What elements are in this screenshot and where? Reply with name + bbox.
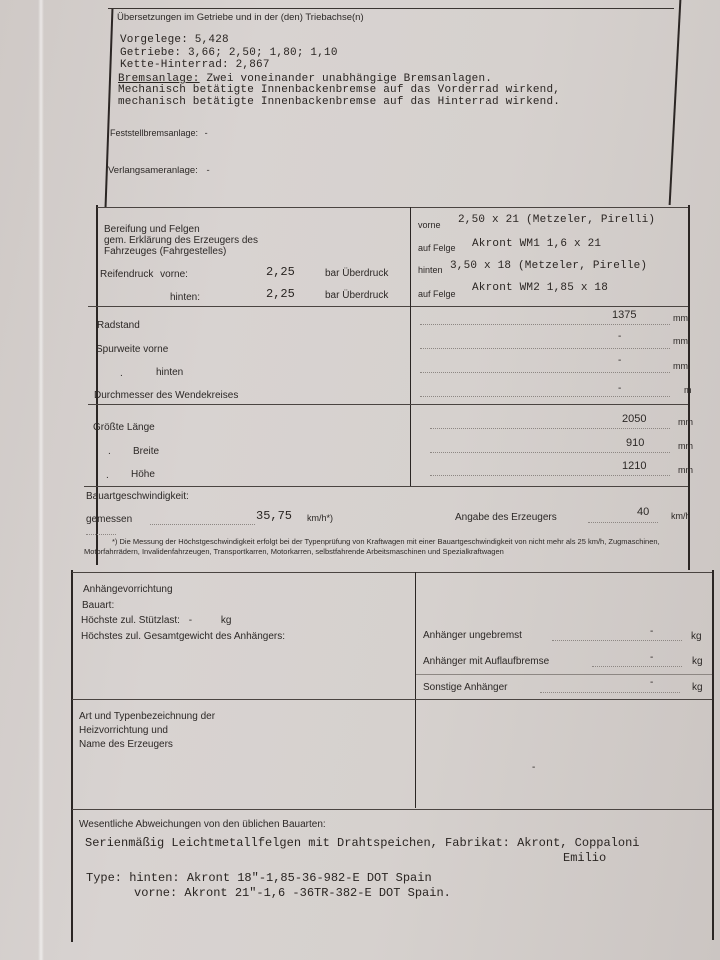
divider-trailer-top: [72, 572, 712, 573]
trailer-tongue-row: Höchste zul. Stützlast: - kg: [81, 615, 231, 626]
trailer-other-value: -: [650, 677, 653, 688]
wheelbase-label: Radstand: [97, 320, 140, 331]
track-front-label: Spurweite vorne: [96, 344, 168, 355]
pressure-rear-unit: bar Überdruck: [325, 290, 388, 301]
heating-label-3: Name des Erzeugers: [79, 739, 173, 750]
trailer-overrun-value: -: [650, 652, 653, 663]
heating-value: -: [532, 762, 535, 773]
track-rear-unit: mm: [673, 361, 688, 371]
parking-brake-value: -: [205, 128, 208, 138]
divider-deviations-top: [72, 809, 712, 810]
wheelbase-column-divider: [410, 306, 411, 486]
track-rear-value: -: [618, 355, 621, 366]
transmission-line-2: Getriebe: 3,66; 2,50; 1,80; 1,10: [120, 47, 338, 59]
height-label: Höhe: [131, 469, 155, 480]
dotline: [420, 324, 670, 325]
registration-document-page: Übersetzungen im Getriebe und in der (de…: [0, 0, 720, 960]
track-rear-dot: .: [120, 368, 123, 379]
divider-wheelbase-top: [88, 306, 688, 307]
length-value: 2050: [622, 413, 646, 425]
height-dot: .: [106, 470, 109, 481]
front-tyre-label: vorne: [418, 220, 441, 230]
trailer-gross-label: Höchstes zul. Gesamtgewicht des Anhänger…: [81, 631, 285, 642]
pressure-front-value: 2,25: [266, 265, 295, 279]
trailer-heading: Anhängevorrichtung: [83, 584, 173, 595]
rear-rim-label: auf Felge: [418, 289, 456, 299]
wheelbase-unit: mm: [673, 313, 688, 323]
heating-label-2: Heizvorrichtung und: [79, 725, 168, 736]
transmission-line-1: Vorgelege: 5,428: [120, 34, 229, 46]
dotline: [552, 640, 682, 641]
deviations-line-3: vorne: Akront 21"-1,6 -36TR-382-E DOT Sp…: [134, 886, 451, 900]
dotline: [150, 524, 255, 525]
front-rim-label: auf Felge: [418, 243, 456, 253]
rear-tyre-label: hinten: [418, 265, 443, 275]
dotline: [420, 348, 670, 349]
deviations-line-1b: Emilio: [563, 851, 606, 865]
pressure-rear-label: hinten:: [170, 292, 200, 303]
trailer-type-label: Bauart:: [82, 600, 114, 611]
trailer-overrun-unit: kg: [692, 656, 703, 667]
heating-label-1: Art und Typenbezeichnung der: [79, 711, 215, 722]
retarder-label: Verlangsameranlage: -: [108, 165, 210, 176]
speed-manufacturer-value: 40: [637, 506, 649, 518]
length-unit: mm: [678, 417, 693, 427]
parking-brake-label: Feststellbremsanlage: -: [110, 128, 208, 138]
front-rim-value: Akront WM1 1,6 x 21: [472, 238, 601, 250]
track-front-unit: mm: [673, 336, 688, 346]
dotline: [420, 396, 670, 397]
trailer-unbraked-unit: kg: [691, 631, 702, 642]
trailer-overrun-label: Anhänger mit Auflaufbremse: [423, 656, 549, 667]
front-tyre-value: 2,50 x 21 (Metzeler, Pirelli): [458, 214, 655, 226]
speed-measured-value: 35,75: [256, 509, 292, 523]
turning-circle-value: -: [618, 383, 621, 394]
dotline: [430, 475, 670, 476]
length-label: Größte Länge: [93, 422, 155, 433]
track-rear-label: hinten: [156, 367, 183, 378]
speed-heading: Bauartgeschwindigkeit:: [86, 491, 189, 502]
pressure-rear-value: 2,25: [266, 287, 295, 301]
divider-speed-top: [84, 486, 688, 487]
divider-heating-top: [72, 699, 712, 700]
height-unit: mm: [678, 465, 693, 475]
width-unit: mm: [678, 441, 693, 451]
speed-manufacturer-label: Angabe des Erzeugers: [455, 512, 557, 523]
frame-top: [108, 8, 674, 9]
frame-right: [669, 0, 682, 205]
frame-right-bottom: [712, 570, 714, 940]
tyres-heading-3: Fahrzeuges (Fahrgestelles): [104, 246, 226, 257]
speed-footnote: *) Die Messung der Höchstgeschwindigkeit…: [84, 537, 706, 557]
height-value: 1210: [622, 460, 646, 472]
frame-left: [105, 8, 114, 208]
brake-rear: mechanisch betätigte Innenbackenbremse a…: [118, 96, 560, 108]
rear-tyre-value: 3,50 x 18 (Metzeler, Pirelle): [450, 260, 647, 272]
transmission-heading: Übersetzungen im Getriebe und in der (de…: [117, 12, 364, 23]
wheelbase-value: 1375: [612, 309, 636, 321]
speed-measured-unit: km/h*): [307, 513, 333, 523]
track-front-value: -: [618, 331, 621, 342]
speed-manufacturer-unit: km/h: [671, 511, 691, 521]
trailer-other-unit: kg: [692, 682, 703, 693]
retarder-value: -: [206, 165, 209, 176]
frame-left-lower: [96, 205, 98, 565]
frame-left-bottom: [71, 570, 73, 942]
deviations-heading: Wesentliche Abweichungen von den übliche…: [79, 819, 326, 830]
dotline: [430, 428, 670, 429]
width-value: 910: [626, 437, 644, 449]
pressure-front-label: Reifendruck vorne:: [100, 269, 188, 280]
dotline: [540, 692, 680, 693]
width-dot: .: [108, 446, 111, 457]
brake-front: Mechanisch betätigte Innenbackenbremse a…: [118, 84, 560, 96]
trailer-unbraked-value: -: [650, 626, 653, 637]
width-label: Breite: [133, 446, 159, 457]
tyres-heading-1: Bereifung und Felgen: [104, 224, 200, 235]
dotline: [430, 452, 670, 453]
deviations-line-1: Serienmäßig Leichtmetallfelgen mit Draht…: [85, 836, 640, 850]
tyres-column-divider: [410, 207, 411, 307]
dotline: [420, 372, 670, 373]
trailer-tongue-value: -: [189, 615, 192, 626]
speed-measured-label: gemessen: [86, 514, 132, 525]
trailer-other-label: Sonstige Anhänger: [423, 682, 508, 693]
divider-dimensions-top: [88, 404, 688, 405]
pressure-front-unit: bar Überdruck: [325, 268, 388, 279]
tyres-heading-2: gem. Erklärung des Erzeugers des: [104, 235, 258, 246]
trailer-unbraked-label: Anhänger ungebremst: [423, 630, 522, 641]
trailer-column-divider: [415, 572, 416, 808]
dotline: [588, 522, 658, 523]
deviations-line-2: Type: hinten: Akront 18"-1,85-36-982-E D…: [86, 871, 432, 885]
dotline: [592, 666, 682, 667]
turning-circle-label: Durchmesser des Wendekreises: [94, 390, 238, 401]
rear-rim-value: Akront WM2 1,85 x 18: [472, 282, 608, 294]
transmission-line-3: Kette-Hinterrad: 2,867: [120, 59, 270, 71]
dotline: [86, 534, 116, 535]
divider-tyres-top: [97, 207, 688, 208]
trailer-row-line: [416, 674, 712, 675]
turning-circle-unit: m: [684, 385, 692, 395]
